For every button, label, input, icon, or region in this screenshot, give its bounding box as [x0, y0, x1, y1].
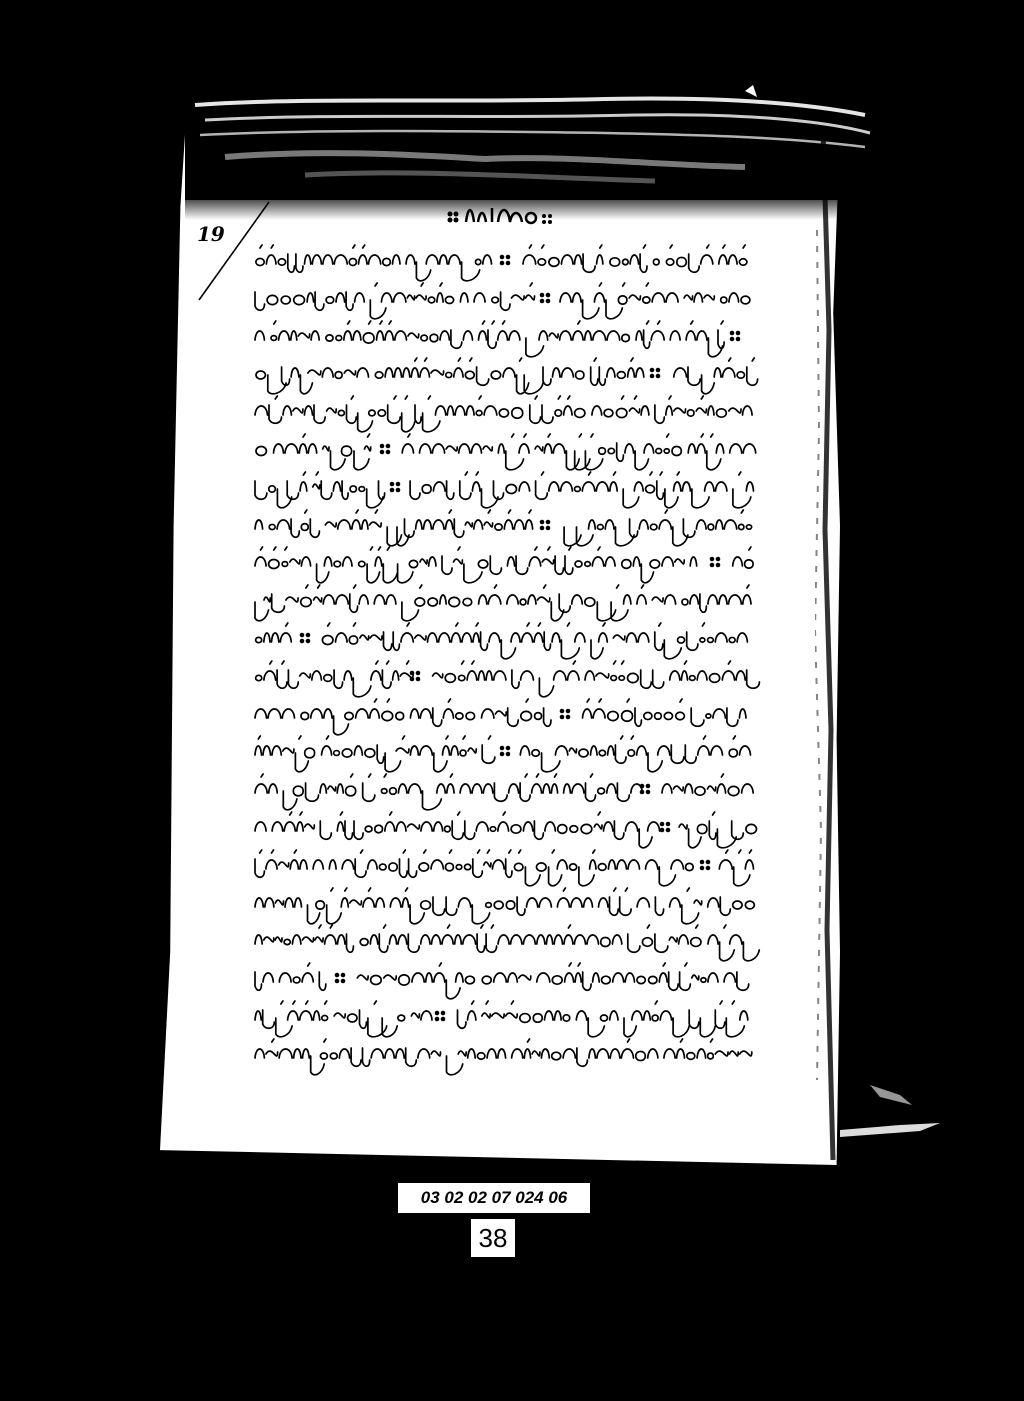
page-heading-script	[438, 196, 568, 236]
manuscript-line	[255, 883, 775, 921]
manuscript-line	[255, 920, 775, 958]
manuscript-line	[255, 240, 775, 278]
manuscript-line	[255, 731, 775, 769]
manuscript-line	[255, 278, 775, 316]
manuscript-line	[255, 316, 775, 354]
punctuation-rosette-icon	[500, 746, 511, 757]
manuscript-line	[255, 391, 775, 429]
manuscript-line	[255, 694, 775, 732]
sheet-number-label: 38	[471, 1219, 515, 1257]
punctuation-rosette-icon	[540, 292, 551, 303]
punctuation-rosette-icon	[390, 481, 401, 492]
manuscript-line	[255, 807, 775, 845]
manuscript-line	[255, 769, 775, 807]
manuscript-line	[255, 845, 775, 883]
manuscript-line	[255, 542, 775, 580]
archive-code-label: 03 02 02 07 024 06	[398, 1183, 590, 1213]
punctuation-rosette-icon	[540, 519, 551, 530]
torn-paper-fragment	[840, 1075, 950, 1145]
stained-right-edge	[815, 130, 855, 1160]
manuscript-line	[255, 1034, 775, 1072]
manuscript-text-block	[255, 240, 775, 1072]
punctuation-rosette-icon	[660, 822, 671, 833]
manuscript-line	[255, 618, 775, 656]
manuscript-line	[255, 996, 775, 1034]
punctuation-rosette-icon	[335, 973, 346, 984]
manuscript-line	[255, 353, 775, 391]
manuscript-line	[255, 505, 775, 543]
manuscript-line	[255, 467, 775, 505]
punctuation-rosette-icon	[410, 670, 421, 681]
punctuation-rosette-icon	[300, 633, 311, 644]
manuscript-line	[255, 958, 775, 996]
manuscript-line	[255, 580, 775, 618]
punctuation-rosette-icon	[710, 557, 721, 568]
punctuation-rosette-icon	[560, 708, 571, 719]
manuscript-line	[255, 656, 775, 694]
ornament-icon	[448, 212, 459, 223]
manuscript-line	[255, 429, 775, 467]
punctuation-rosette-icon	[730, 330, 741, 341]
punctuation-rosette-icon	[650, 368, 661, 379]
punctuation-rosette-icon	[435, 1011, 446, 1022]
punctuation-rosette-icon	[700, 859, 711, 870]
punctuation-rosette-icon	[380, 444, 391, 455]
punctuation-rosette-icon	[500, 255, 511, 266]
